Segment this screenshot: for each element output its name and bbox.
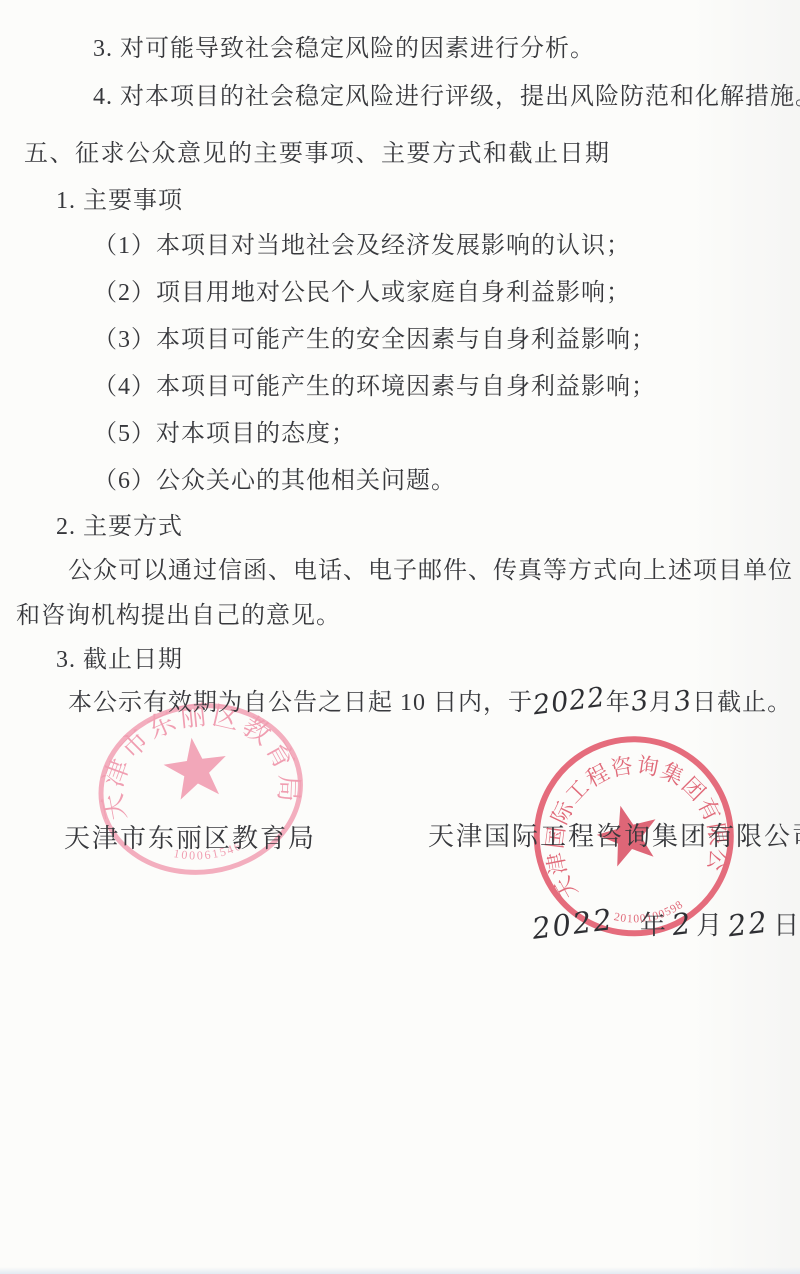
list-item-3: 3. 对可能导致社会稳定风险的因素进行分析。 [93,28,595,63]
sub2-label: 2. 主要方式 [56,506,183,541]
date-month-handwritten: 2 [670,909,694,940]
sub3-label: 3. 截止日期 [56,639,183,674]
date-month-unit: 月 [696,905,724,942]
list-item-4: 4. 对本项目的社会稳定风险进行评级，提出风险防范和化解措施。 [93,76,800,111]
sub1-item-5: （5）对本项目的态度； [93,413,356,448]
deadline-year-handwritten: 2022 [532,684,607,720]
deadline-sentence: 本公示有效期为自公告之日起 10 日内，于2022年3月3日截止。 [68,682,792,717]
section-heading: 五、征求公众意见的主要事项、主要方式和截止日期 [24,133,611,168]
date-day-handwritten: 22 [727,908,771,942]
date-year-unit: 年 [640,905,668,942]
sub1-item-2: （2）项目用地对公民个人或家庭自身利益影响； [93,272,631,307]
sub1-item-4: （4）本项目可能产生的环境因素与自身利益影响； [93,366,656,401]
page-bottom-edge [0,1267,800,1274]
date-year-handwritten: 2022 [531,905,616,944]
deadline-day-handwritten: 3 [672,687,693,716]
sub1-item-3: （3）本项目可能产生的安全因素与自身利益影响； [93,319,656,354]
sub1-item-6: （6）公众关心的其他相关问题。 [93,460,456,495]
deadline-prefix: 本公示有效期为自公告之日起 10 日内，于 [68,690,533,716]
left-official-seal: 天津市东丽区教育局 100061546 [80,686,321,897]
star-icon [160,733,230,801]
deadline-month-handwritten: 3 [629,687,650,716]
sub2-paragraph-line1: 公众可以通过信函、电话、电子邮件、传真等方式向上述项目单位 [68,550,793,585]
date-day-unit: 日 [773,905,800,942]
left-organization-name: 天津市东丽区教育局 [64,818,316,855]
right-organization-name: 天津国际工程咨询集团有限公司 [428,816,800,853]
deadline-month-unit: 月 [649,690,674,716]
deadline-suffix: 日截止。 [692,690,792,716]
signature-date: 2022年2月22日 [532,905,800,942]
scan-noise-texture [640,0,800,1274]
deadline-year-unit: 年 [606,690,631,716]
sub1-item-1: （1）本项目对当地社会及经济发展影响的认识； [93,225,631,260]
sub2-paragraph-line2: 和咨询机构提出自己的意见。 [16,595,341,630]
sub1-label: 1. 主要事项 [56,180,183,215]
